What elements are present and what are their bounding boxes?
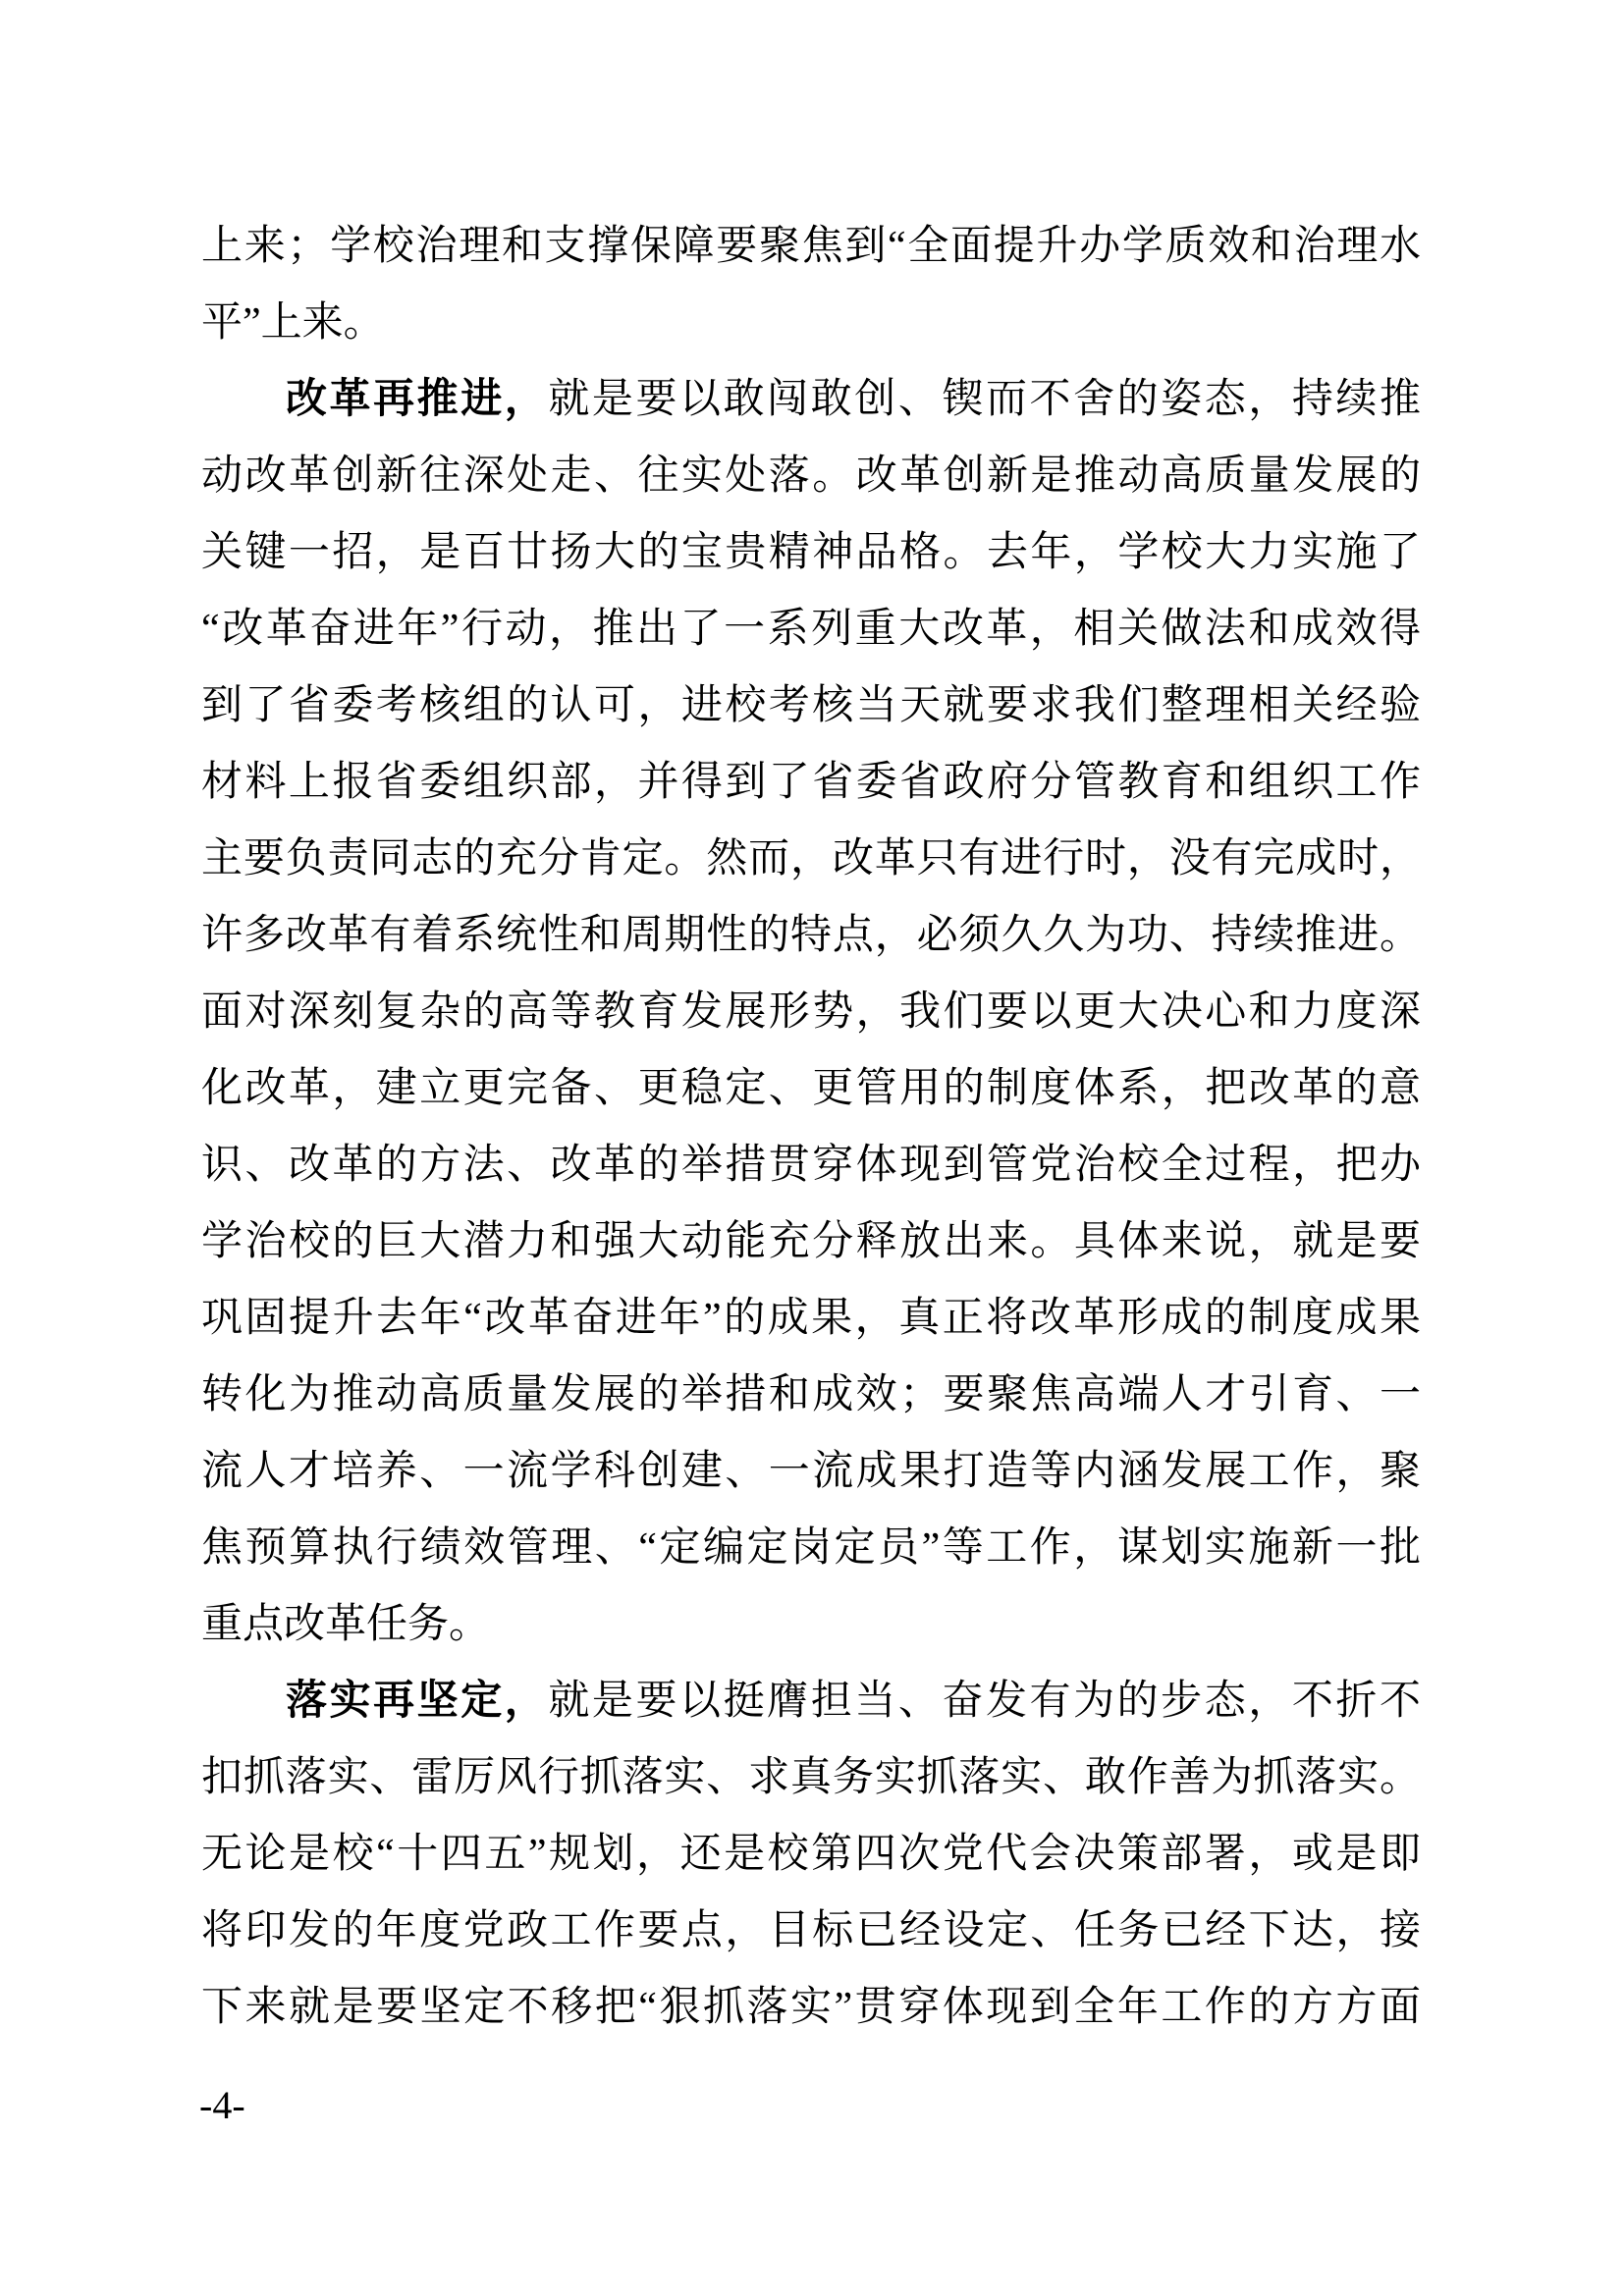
text-line: 改革再推进，就是要以敢闯敢创、锲而不舍的姿态，持续推 [201,361,1421,438]
text-line: 动改革创新往深处走、往实处落。改革创新是推动高质量发展的 [201,438,1421,514]
text-line: 将印发的年度党政工作要点，目标已经设定、任务已经下达，接 [201,1893,1421,1969]
text-line: 重点改革任务。 [201,1586,1421,1663]
text-line: 流人才培养、一流学科创建、一流成果打造等内涵发展工作，聚 [201,1433,1421,1510]
text-line: 材料上报省委组织部，并得到了省委省政府分管教育和组织工作 [201,744,1421,821]
text-line: 无论是校“十四五”规划，还是校第四次党代会决策部署，或是即 [201,1816,1421,1893]
text-line: 主要负责同志的充分肯定。然而，改革只有进行时，没有完成时， [201,821,1421,897]
text-line: 化改革，建立更完备、更稳定、更管用的制度体系，把改革的意 [201,1050,1421,1127]
text-line: 焦预算执行绩效管理、“定编定岗定员”等工作，谋划实施新一批 [201,1510,1421,1586]
text-line: 学治校的巨大潜力和强大动能充分释放出来。具体来说，就是要 [201,1203,1421,1280]
document-page: 上来；学校治理和支撑保障要聚焦到“全面提升办学质效和治理水平”上来。改革再推进，… [0,0,1624,2296]
text-line: 关键一招，是百廿扬大的宝贵精神品格。去年，学校大力实施了 [201,514,1421,591]
text-line: 转化为推动高质量发展的举措和成效；要聚焦高端人才引育、一 [201,1357,1421,1433]
paragraph-lead-bold-run: 落实再坚定， [286,1679,548,1724]
page-number: -4- [199,2081,245,2130]
text-line: 许多改革有着系统性和周期性的特点，必须久久为功、持续推进。 [201,897,1421,974]
text-line: 落实再坚定，就是要以挺膺担当、奋发有为的步态，不折不 [201,1663,1421,1739]
text-line: “改革奋进年”行动，推出了一系列重大改革，相关做法和成效得 [201,591,1421,667]
paragraph-lead-bold-run: 改革再推进， [286,377,548,422]
text-line: 上来；学校治理和支撑保障要聚焦到“全面提升办学质效和治理水 [201,208,1421,285]
text-line: 巩固提升去年“改革奋进年”的成果，真正将改革形成的制度成果 [201,1280,1421,1357]
text-line: 下来就是要坚定不移把“狠抓落实”贯穿体现到全年工作的方方面 [201,1969,1421,2046]
text-line: 面对深刻复杂的高等教育发展形势，我们要以更大决心和力度深 [201,974,1421,1050]
text-line: 识、改革的方法、改革的举措贯穿体现到管党治校全过程，把办 [201,1127,1421,1203]
document-body-text: 上来；学校治理和支撑保障要聚焦到“全面提升办学质效和治理水平”上来。改革再推进，… [201,208,1421,2046]
text-line: 扣抓落实、雷厉风行抓落实、求真务实抓落实、敢作善为抓落实。 [201,1739,1421,1816]
text-line: 平”上来。 [201,285,1421,361]
text-line: 到了省委考核组的认可，进校考核当天就要求我们整理相关经验 [201,667,1421,744]
